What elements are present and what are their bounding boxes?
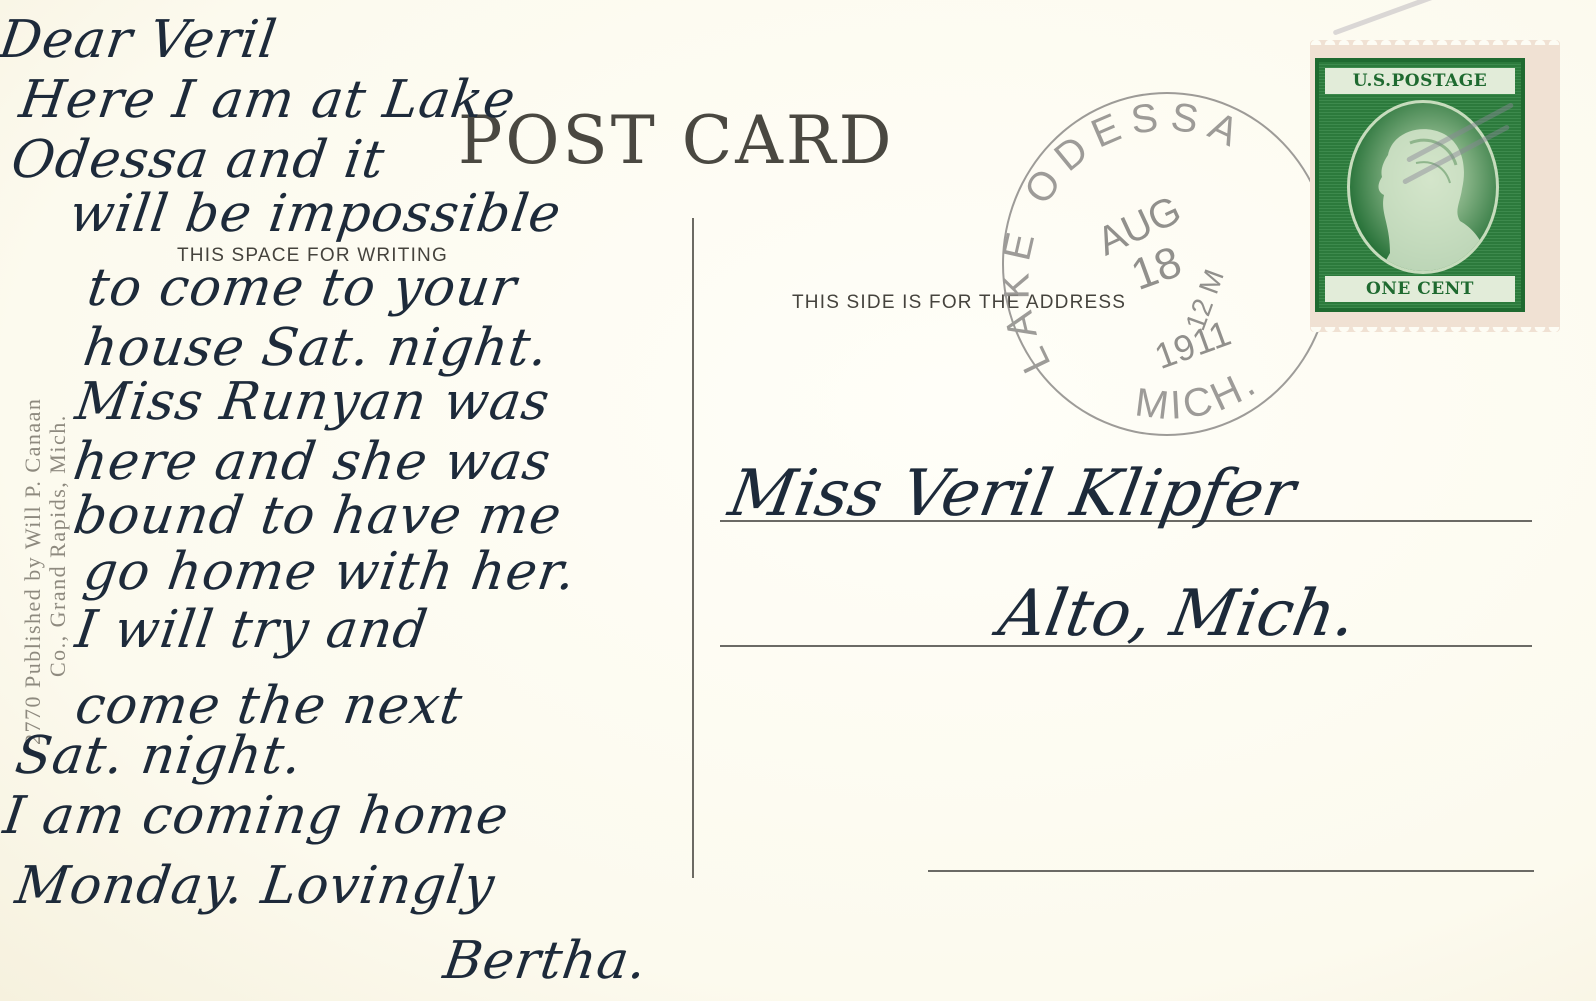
cancellation-line bbox=[1332, 0, 1437, 36]
publisher-imprint: 2770 Published by Will P. Canaan Co., Gr… bbox=[20, 195, 76, 745]
center-divider bbox=[692, 218, 694, 878]
postmark-circle: LAKE ODESSA MICH. AUG 18 12 M 1911 bbox=[1002, 92, 1332, 436]
stamp-top-text: U.S.POSTAGE bbox=[1325, 68, 1515, 94]
message-line: I will try and bbox=[72, 604, 431, 656]
svg-text:MICH.: MICH. bbox=[1133, 360, 1266, 429]
publisher-line-1: 2770 Published by Will P. Canaan bbox=[20, 398, 45, 745]
message-line: Dear Veril bbox=[0, 14, 280, 66]
recipient-city: Alto, Mich. bbox=[994, 582, 1360, 646]
message-line: house Sat. night. bbox=[80, 322, 551, 374]
message-line: bound to have me bbox=[70, 490, 565, 542]
card-title: POST CARD bbox=[458, 108, 895, 174]
message-line: to come to your bbox=[84, 262, 520, 314]
address-rule-3 bbox=[928, 870, 1534, 872]
publisher-line-2: Co., Grand Rapids, Mich. bbox=[45, 398, 70, 745]
message-line: go home with her. bbox=[80, 546, 579, 598]
message-line: come the next bbox=[72, 680, 466, 732]
message-line: Miss Runyan was bbox=[72, 376, 553, 428]
postcard-back: 2770 Published by Will P. Canaan Co., Gr… bbox=[0, 0, 1596, 1001]
message-signature: Bertha. bbox=[440, 935, 650, 987]
message-line: Odessa and it bbox=[8, 134, 388, 186]
message-line: will be impossible bbox=[66, 188, 564, 240]
message-line: Monday. Lovingly bbox=[12, 860, 498, 912]
postage-stamp: U.S.POSTAGE ONE CENT bbox=[1315, 58, 1525, 312]
recipient-name: Miss Veril Klipfer bbox=[724, 462, 1299, 526]
message-line: here and she was bbox=[70, 436, 554, 488]
franklin-portrait-icon bbox=[1350, 103, 1496, 271]
message-line: Sat. night. bbox=[12, 730, 305, 782]
stamp-bottom-text: ONE CENT bbox=[1325, 276, 1515, 302]
message-line: I am coming home bbox=[0, 790, 512, 842]
message-line: Here I am at Lake bbox=[16, 74, 519, 126]
